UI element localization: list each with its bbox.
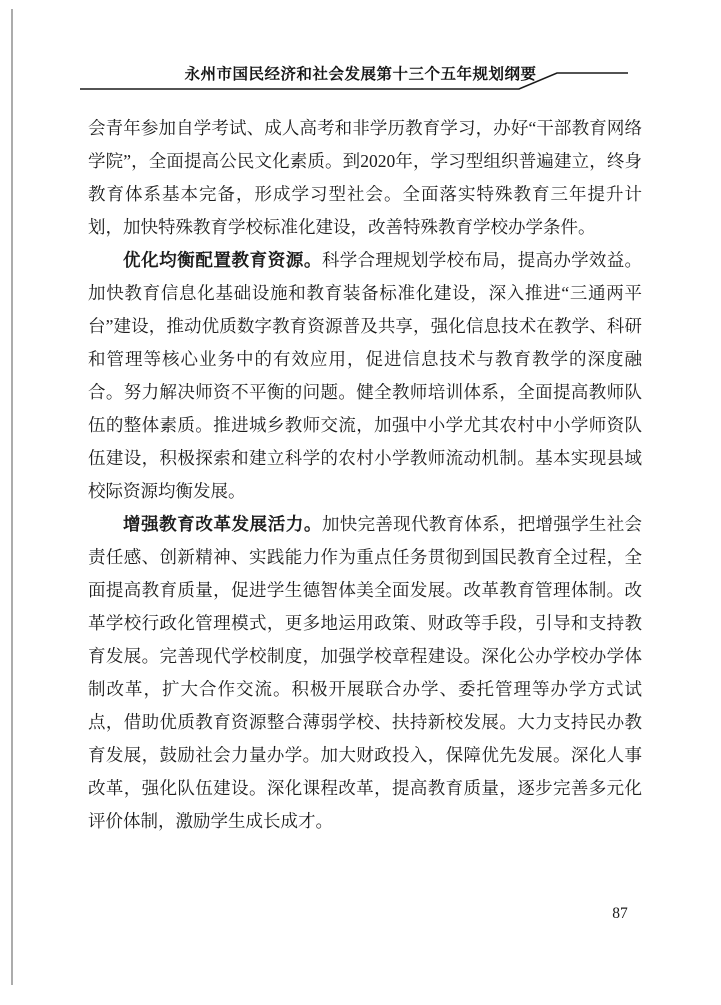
paragraph-text: 加快完善现代教育体系，把增强学生社会责任感、创新精神、实践能力作为重点任务贯彻到…: [88, 514, 642, 831]
document-page: 永州市国民经济和社会发展第十三个五年规划纲要 会青年参加自学考试、成人高考和非学…: [0, 0, 721, 1005]
paragraph: 会青年参加自学考试、成人高考和非学历教育学习，办好“干部教育网络学院”，全面提高…: [88, 112, 642, 244]
paragraph-lead: 增强教育改革发展活力。: [123, 514, 322, 534]
paragraph-text: 会青年参加自学考试、成人高考和非学历教育学习，办好“干部教育网络学院”，全面提高…: [88, 118, 642, 237]
paragraph-text: 科学合理规划学校布局，提高办学效益。加快教育信息化基础设施和教育装备标准化建设，…: [88, 250, 642, 501]
header-title: 永州市国民经济和社会发展第十三个五年规划纲要: [0, 62, 721, 84]
page-number: 87: [600, 905, 640, 923]
scan-edge-line: [11, 9, 13, 985]
paragraph: 优化均衡配置教育资源。科学合理规划学校布局，提高办学效益。加快教育信息化基础设施…: [88, 244, 642, 508]
paragraph: 增强教育改革发展活力。加快完善现代教育体系，把增强学生社会责任感、创新精神、实践…: [88, 508, 642, 838]
document-body: 会青年参加自学考试、成人高考和非学历教育学习，办好“干部教育网络学院”，全面提高…: [88, 112, 642, 838]
paragraph-lead: 优化均衡配置教育资源。: [123, 250, 322, 270]
header-rule: [0, 0, 721, 110]
